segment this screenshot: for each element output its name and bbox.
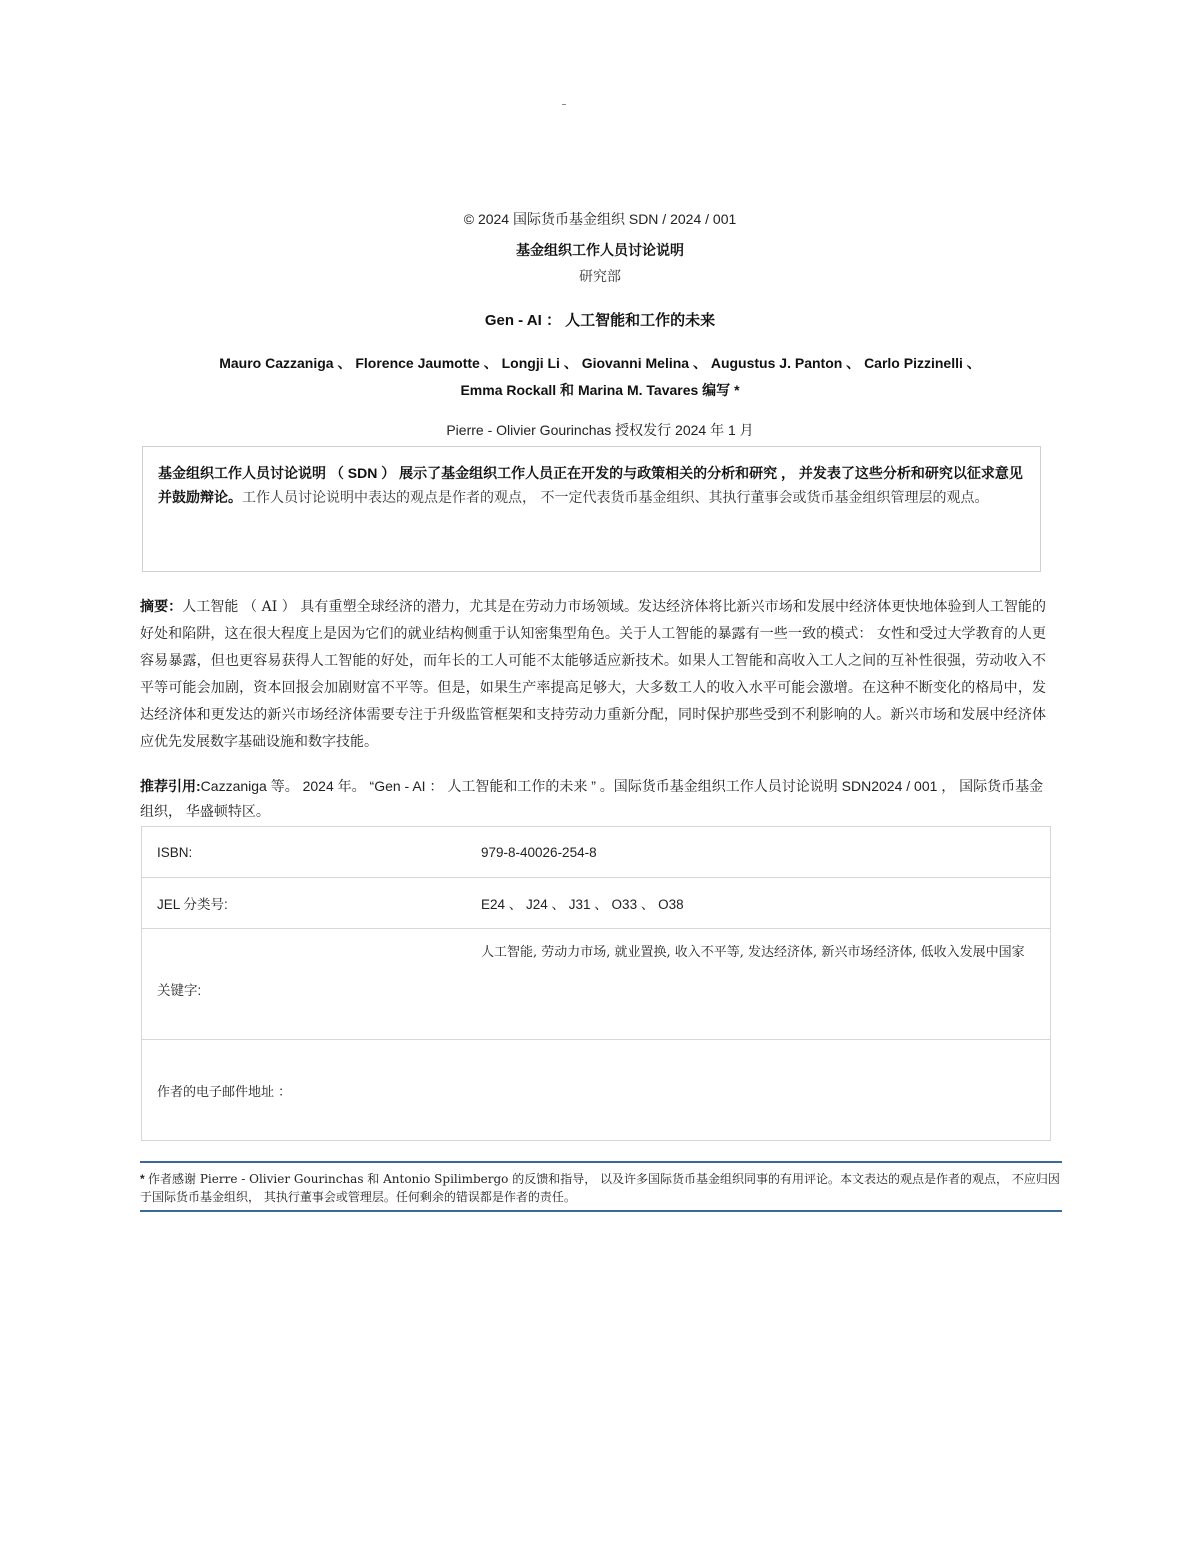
isbn-value: 979-8-40026-254-8 — [450, 827, 1051, 878]
abstract-text: 人工智能 （ AI ） 具有重塑全球经济的潜力，尤其是在劳动力市场领域。发达经济… — [140, 599, 1046, 750]
table-row: 关键字: 人工智能, 劳动力市场, 就业置换, 收入不平等, 发达经济体, 新兴… — [142, 929, 1051, 1040]
footnote-text: 作者感谢 Pierre - Olivier Gourinchas 和 Anton… — [140, 1172, 1060, 1204]
recommended-citation: 推荐引用:Cazzaniga 等。 2024 年。 “Gen - AI ： 人工… — [140, 774, 1050, 824]
authors-line-2: Emma Rockall 和 Marina M. Tavares 编写 * — [0, 377, 1200, 404]
isbn-label: ISBN: — [142, 827, 451, 878]
metadata-table: ISBN: 979-8-40026-254-8 JEL 分类号: E24 、 J… — [141, 826, 1051, 1141]
paper-title: Gen - AI ： 人工智能和工作的未来 — [0, 309, 1200, 330]
page-header-mark — [562, 104, 566, 105]
department: 研究部 — [0, 266, 1200, 286]
footnote-marker: * — [140, 1172, 145, 1186]
abstract: 摘要：人工智能 （ AI ） 具有重塑全球经济的潜力，尤其是在劳动力市场领域。发… — [140, 593, 1046, 755]
authorized-by: Pierre - Olivier Gourinchas 授权发行 2024 年 … — [0, 420, 1200, 440]
keywords-value: 人工智能, 劳动力市场, 就业置换, 收入不平等, 发达经济体, 新兴市场经济体… — [450, 929, 1051, 1040]
abstract-label: 摘要： — [140, 598, 182, 614]
citation-label: 推荐引用: — [140, 778, 201, 794]
copyright-line: © 2024 国际货币基金组织 SDN / 2024 / 001 — [0, 209, 1200, 229]
disclaimer-regular: 工作人员讨论说明中表达的观点是作者的观点， 不一定代表货币基金组织、其执行董事会… — [242, 490, 988, 506]
citation-text: Cazzaniga 等。 2024 年。 “Gen - AI ： 人工智能和工作… — [140, 778, 1043, 819]
jel-value: E24 、 J24 、 J31 、 O33 、 O38 — [450, 878, 1051, 929]
footnote: * 作者感谢 Pierre - Olivier Gourinchas 和 Ant… — [140, 1161, 1062, 1212]
jel-label: JEL 分类号: — [142, 878, 451, 929]
disclaimer-box: 基金组织工作人员讨论说明 （ SDN ） 展示了基金组织工作人员正在开发的与政策… — [142, 446, 1041, 572]
table-row: 作者的电子邮件地址 ： — [142, 1040, 1051, 1141]
authors: Mauro Cazzaniga 、 Florence Jaumotte 、 Lo… — [0, 350, 1200, 404]
table-row: ISBN: 979-8-40026-254-8 — [142, 827, 1051, 878]
table-row: JEL 分类号: E24 、 J24 、 J31 、 O33 、 O38 — [142, 878, 1051, 929]
keywords-label: 关键字: — [142, 929, 451, 1040]
email-value — [450, 1040, 1051, 1141]
authors-line-1: Mauro Cazzaniga 、 Florence Jaumotte 、 Lo… — [0, 350, 1200, 377]
series-title: 基金组织工作人员讨论说明 — [0, 240, 1200, 260]
email-label: 作者的电子邮件地址 ： — [142, 1040, 451, 1141]
